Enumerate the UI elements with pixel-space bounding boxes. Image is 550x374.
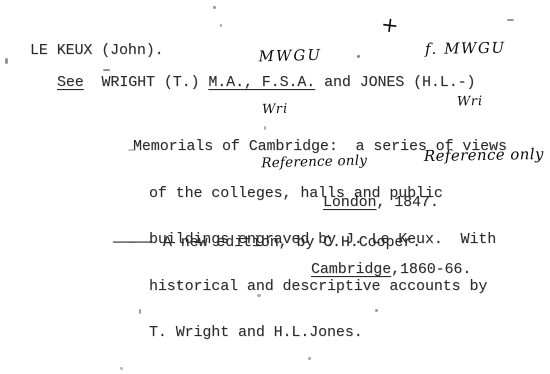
handwritten-right-stamp: f. MWGU Wri Reference only [421,1,544,203]
stamp-location: Wri [262,100,366,118]
ink-speck [120,367,123,370]
handwritten-left-stamp: MWGU Wri Reference only [257,8,368,211]
see-target-author: WRIGHT (T.) [102,74,209,91]
dash-rule: —— [113,235,209,251]
ink-speck [220,24,222,27]
stamp-code: f. MWGU [425,39,542,57]
ink-speck [264,126,266,130]
title-line: T. Wright and H.L.Jones. [149,325,507,341]
imprint-cambridge: Cambridge,1860-66. [311,262,471,278]
ink-speck [507,19,514,21]
stamp-code: MWGU [258,46,364,65]
ink-speck [308,357,311,360]
ink-speck [103,69,110,71]
ink-speck [128,149,135,151]
stamp-location: Wri [457,93,543,109]
ink-speck [5,58,8,64]
stamp-reference-note: Reference only [261,153,367,173]
ink-speck [139,309,141,314]
catalog-card: LE KEUX (John). See WRIGHT (T.) M.A., F.… [0,0,550,374]
see-label: See [57,74,84,91]
ink-speck [357,55,360,58]
handwritten-ampersand: + [380,12,400,38]
author-heading: LE KEUX (John). [30,43,164,59]
ink-speck [177,282,181,285]
see-gap [84,74,102,91]
ink-speck [257,294,261,297]
edition-note: —— A new edition, by C.H.Cooper. [113,235,421,251]
stamp-reference-note: Reference only [424,146,544,165]
ink-speck [375,309,378,312]
title-line: historical and descriptive accounts by [149,279,507,295]
ink-speck [213,6,216,9]
imprint-place: Cambridge [311,261,391,278]
imprint-date: ,1860-66. [391,261,471,278]
